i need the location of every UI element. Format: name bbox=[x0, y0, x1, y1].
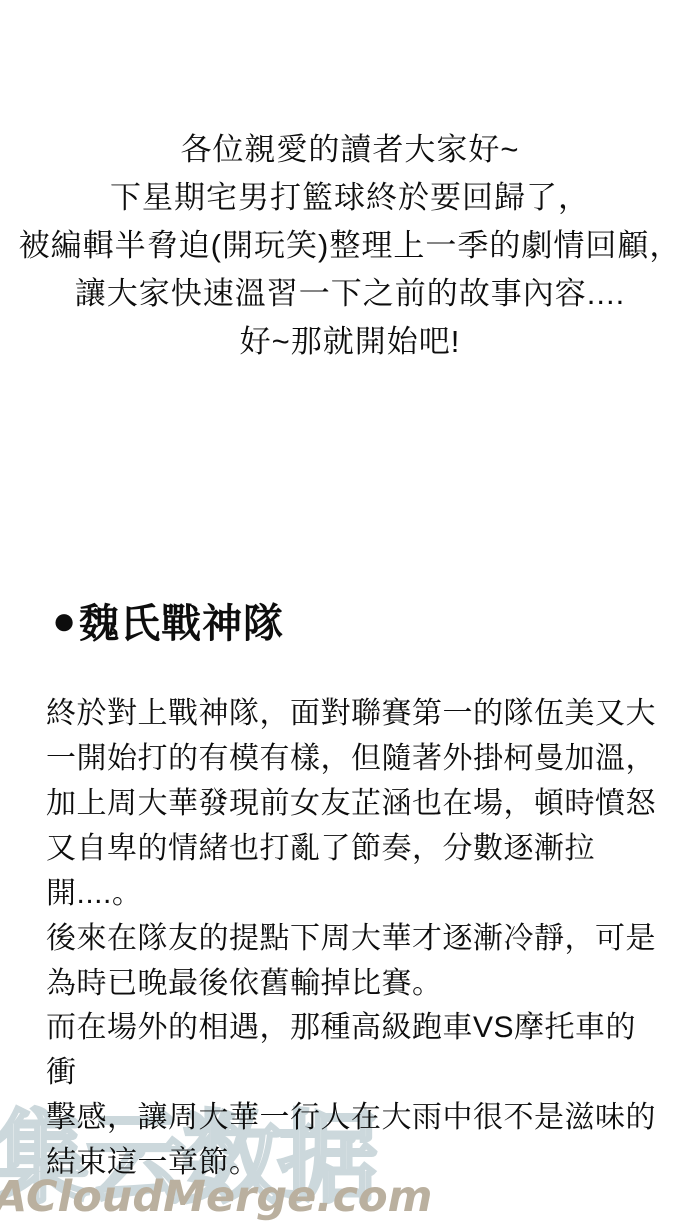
intro-line: 讓大家快速溫習一下之前的故事內容.... bbox=[0, 270, 700, 318]
paragraph-recap-outside: 而在場外的相遇，那種高級跑車VS摩托車的衝 擊感，讓周大華一行人在大雨中很不是滋… bbox=[46, 1005, 661, 1185]
intro-line: 下星期宅男打籃球終於要回歸了， bbox=[0, 174, 700, 222]
section-header: ● 魏氏戰神隊 bbox=[52, 592, 284, 649]
intro-line: 被編輯半脅迫(開玩笑)整理上一季的劇情回顧， bbox=[0, 222, 700, 270]
intro-block: 各位親愛的讀者大家好~ 下星期宅男打籃球終於要回歸了， 被編輯半脅迫(開玩笑)整… bbox=[0, 126, 700, 366]
paragraph-recap-game: 終於對上戰神隊，面對聯賽第一的隊伍美又大 一開始打的有模有樣，但隨著外掛柯曼加溫… bbox=[46, 691, 661, 1006]
intro-line: 好~那就開始吧! bbox=[0, 318, 700, 366]
bullet-icon: ● bbox=[52, 601, 77, 641]
paragraph-line: 結束這一章節。 bbox=[46, 1140, 661, 1185]
section-title: 魏氏戰神隊 bbox=[79, 592, 284, 649]
paragraph-line: 終於對上戰神隊，面對聯賽第一的隊伍美又大 bbox=[46, 691, 661, 736]
paragraph-line: 又自卑的情緒也打亂了節奏，分數逐漸拉開....。 bbox=[46, 826, 661, 916]
recap-page: 集云数据 ACloudMerge.com 各位親愛的讀者大家好~ 下星期宅男打籃… bbox=[0, 0, 700, 1230]
paragraph-line: 為時已晚最後依舊輸掉比賽。 bbox=[46, 961, 661, 1006]
paragraph-line: 後來在隊友的提點下周大華才逐漸冷靜，可是 bbox=[46, 916, 661, 961]
paragraph-line: 擊感，讓周大華一行人在大雨中很不是滋味的 bbox=[46, 1095, 661, 1140]
paragraph-line: 一開始打的有模有樣，但隨著外掛柯曼加溫， bbox=[46, 736, 661, 781]
intro-line: 各位親愛的讀者大家好~ bbox=[0, 126, 700, 174]
paragraph-line: 而在場外的相遇，那種高級跑車VS摩托車的衝 bbox=[46, 1005, 661, 1095]
paragraph-line: 加上周大華發現前女友芷涵也在場，頓時憤怒 bbox=[46, 781, 661, 826]
